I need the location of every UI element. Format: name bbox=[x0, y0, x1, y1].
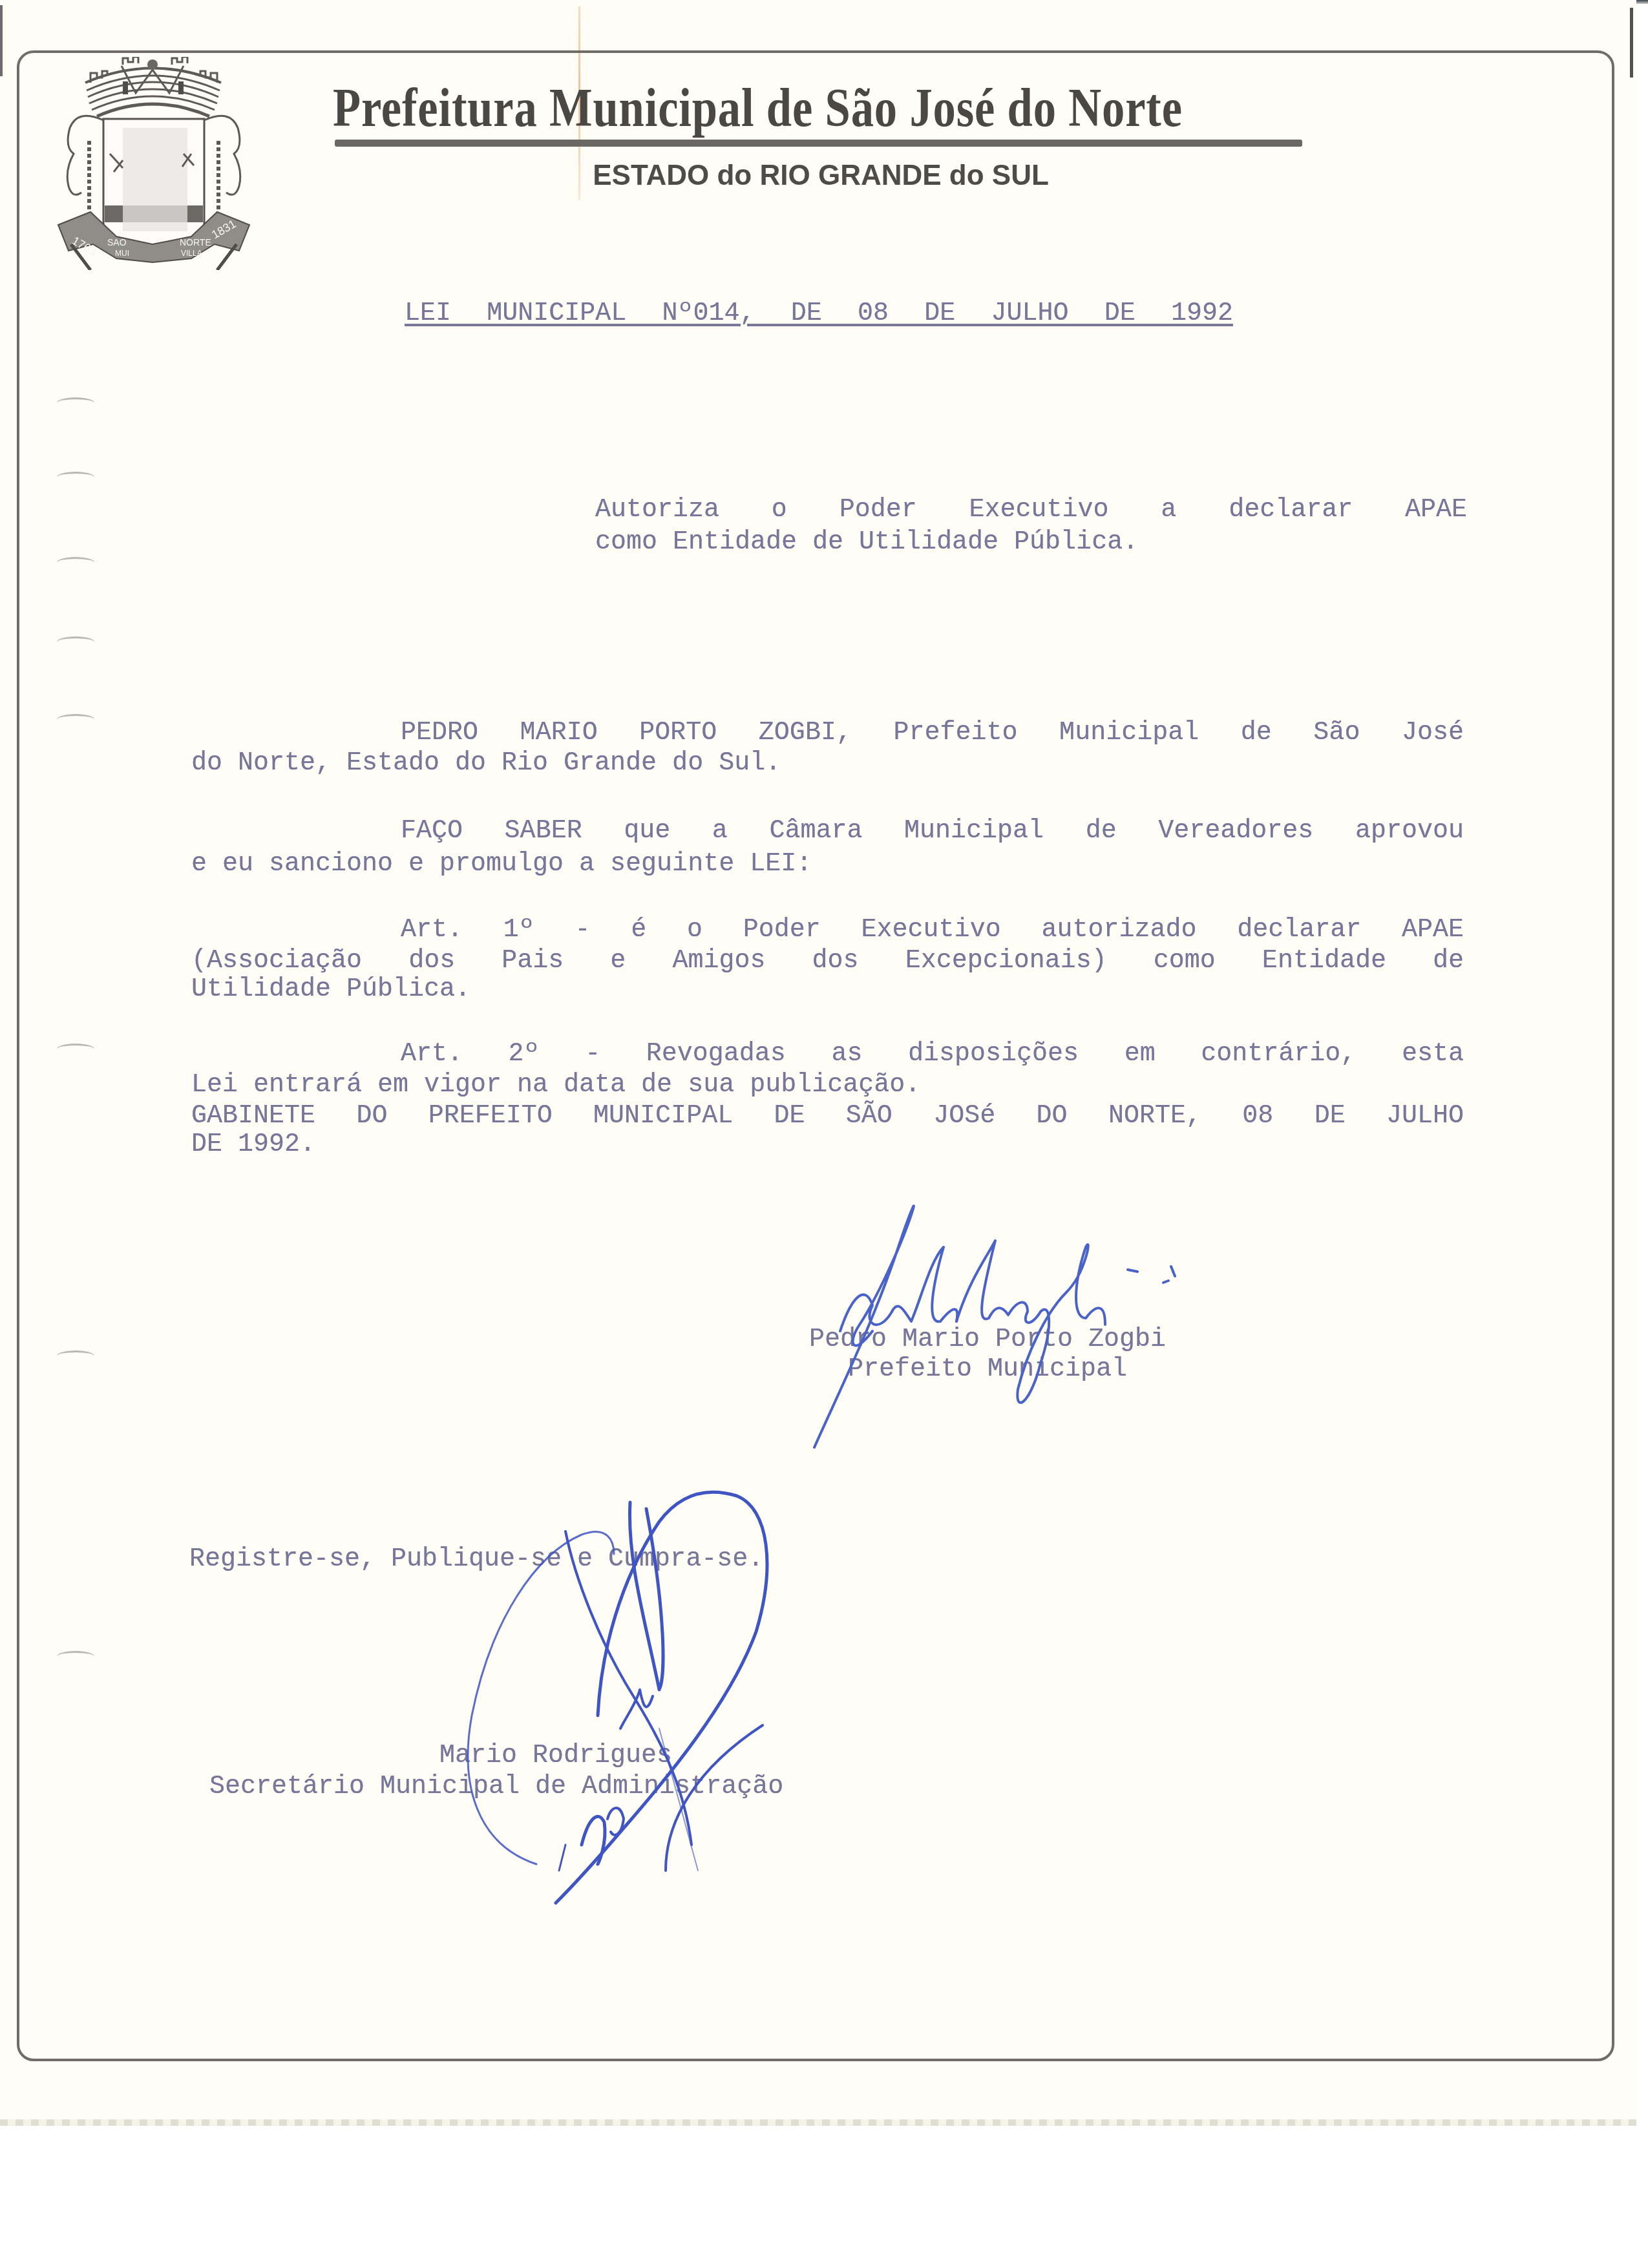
signatory-1-name: Pedro Mario Porto Zogbi bbox=[809, 1327, 1166, 1353]
paper-torn-edge bbox=[0, 2119, 1636, 2126]
letterhead-subtitle: ESTADO do RIO GRANDE do SUL bbox=[536, 162, 1105, 190]
ementa-line: Autoriza o Poder Executivo a declarar AP… bbox=[595, 498, 1467, 523]
scan-left-edge bbox=[0, 5, 3, 76]
svg-text:SAO: SAO bbox=[107, 237, 127, 247]
svg-text:NORTE: NORTE bbox=[180, 237, 211, 247]
letterhead-rule bbox=[335, 140, 1302, 147]
article-1-line: Utilidade Pública. bbox=[191, 977, 470, 1003]
ementa-line: como Entidade de Utilidade Pública. bbox=[595, 530, 1138, 556]
scan-right-edge bbox=[1630, 8, 1633, 78]
coat-of-arms-icon: 1763 1831 SAO NORTE MUI VILLA bbox=[45, 57, 260, 270]
preamble-line: FAÇO SABER que a Câmara Municipal de Ver… bbox=[401, 819, 1464, 845]
law-title: LEI MUNICIPAL Nº014, DE 08 DE JULHO DE 1… bbox=[405, 301, 1233, 327]
registration-line: Registre-se, Publique-se e Cumpra-se. bbox=[189, 1547, 763, 1573]
signatory-1-role: Prefeito Municipal bbox=[848, 1357, 1127, 1383]
punch-hole-mark bbox=[57, 557, 94, 568]
letterhead-title: Prefeitura Municipal de São José do Nort… bbox=[333, 81, 1147, 136]
signatory-2-name: Mario Rodrigues bbox=[439, 1743, 672, 1769]
punch-hole-mark bbox=[57, 1651, 94, 1662]
svg-text:VILLA: VILLA bbox=[181, 249, 202, 258]
punch-hole-mark bbox=[57, 636, 94, 647]
punch-hole-mark bbox=[57, 472, 94, 483]
closing-line: DE 1992. bbox=[191, 1132, 315, 1158]
article-1-line: (Associação dos Pais e Amigos dos Excepc… bbox=[191, 949, 1464, 974]
punch-hole-mark bbox=[57, 714, 94, 725]
svg-text:MUI: MUI bbox=[115, 249, 129, 258]
signatory-2-role: Secretário Municipal de Administração bbox=[209, 1774, 783, 1800]
preamble-line: PEDRO MARIO PORTO ZOGBI, Prefeito Munici… bbox=[401, 720, 1464, 746]
article-2-line: Lei entrará em vigor na data de sua publ… bbox=[191, 1073, 920, 1098]
preamble-line: e eu sanciono e promulgo a seguinte LEI: bbox=[191, 852, 812, 877]
article-2-line: Art. 2º - Revogadas as disposições em co… bbox=[401, 1042, 1464, 1067]
punch-hole-mark bbox=[57, 1350, 94, 1361]
preamble-line: do Norte, Estado do Rio Grande do Sul. bbox=[191, 751, 781, 777]
punch-hole-mark bbox=[57, 1044, 94, 1055]
closing-line: GABINETE DO PREFEITO MUNICIPAL DE SÃO JO… bbox=[191, 1104, 1464, 1129]
article-1-line: Art. 1º - é o Poder Executivo autorizado… bbox=[401, 918, 1464, 943]
punch-hole-mark bbox=[57, 397, 94, 408]
